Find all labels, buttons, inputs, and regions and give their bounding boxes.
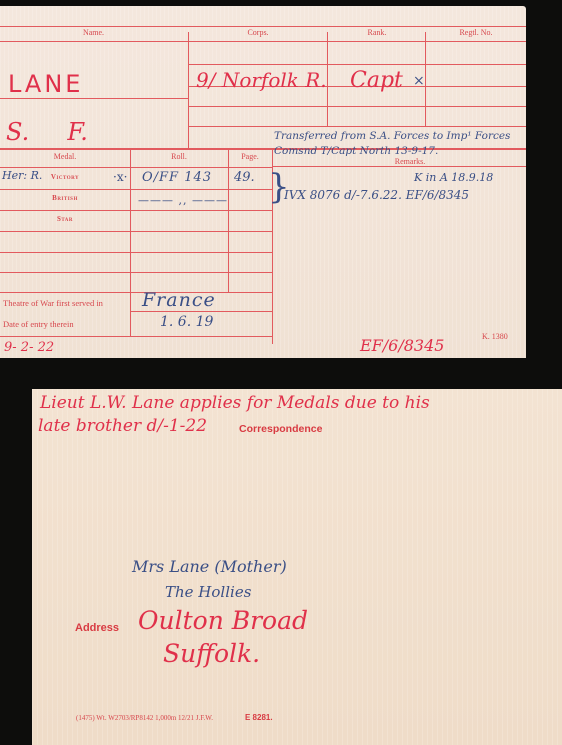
medal-mark: ·x· xyxy=(113,170,127,184)
medal-victory: Victory xyxy=(40,173,90,181)
transfer-note-line2: Comsnd T/Capt North 13-9-17. xyxy=(274,145,438,157)
date-entry-value: 1. 6. 19 xyxy=(160,314,213,330)
rule xyxy=(0,189,272,190)
theatre-label: Theatre of War first served in xyxy=(3,298,103,308)
medal-row-prefix: Her: R. xyxy=(2,169,42,182)
rule xyxy=(188,64,526,65)
header-rank: Rank. xyxy=(328,28,426,37)
remarks-reference: IVX 8076 d/-7.6.22. EF/6/8345 xyxy=(284,188,469,202)
date-entry-label: Date of entry therein xyxy=(3,319,74,329)
rule xyxy=(425,32,426,126)
correspondence-note-line2: late brother d/-1-22 xyxy=(38,416,207,436)
medal-index-card-back: Lieut L.W. Lane applies for Medals due t… xyxy=(32,389,562,745)
rule xyxy=(0,336,272,337)
rule xyxy=(188,106,526,107)
rule xyxy=(272,166,526,167)
correspondence-note-line1: Lieut L.W. Lane applies for Medals due t… xyxy=(40,393,430,413)
rank-value: Capt xyxy=(350,68,403,93)
rule xyxy=(0,231,272,232)
address-line-2: The Hollies xyxy=(165,583,251,601)
header-medal: Medal. xyxy=(0,152,130,161)
medal-index-card-front: Name. Corps. Rank. Regtl. No. LANE S. F.… xyxy=(0,6,526,358)
address-line-1: Mrs Lane (Mother) xyxy=(132,557,287,576)
correspondence-label: Correspondence xyxy=(239,423,322,435)
page-victory: 49. xyxy=(234,170,255,185)
print-footer-code: E 8281. xyxy=(245,713,273,722)
rule xyxy=(0,167,272,168)
header-page: Page. xyxy=(228,152,272,161)
header-roll: Roll. xyxy=(130,152,228,161)
header-corps: Corps. xyxy=(188,28,328,37)
rule xyxy=(327,32,328,126)
rule xyxy=(0,272,272,273)
rule xyxy=(228,148,229,292)
rule xyxy=(188,32,189,148)
rank-mark: × xyxy=(413,73,425,89)
remarks-kina: K in A 18.9.18 xyxy=(414,171,493,184)
transfer-note-line1: Transferred from S.A. Forces to Imp¹ For… xyxy=(274,130,510,142)
rule xyxy=(188,126,526,127)
medal-british: British xyxy=(40,194,90,202)
rule xyxy=(0,292,272,293)
header-name: Name. xyxy=(0,28,187,37)
bottom-reference: EF/6/8345 xyxy=(360,336,444,355)
surname: LANE xyxy=(8,70,83,98)
rule xyxy=(0,98,188,99)
rule xyxy=(0,252,272,253)
rule xyxy=(0,210,272,211)
address-line-3: Oulton Broad xyxy=(138,606,308,635)
theatre-value: France xyxy=(142,289,216,311)
roll-victory: O/FF 143 xyxy=(142,170,212,185)
print-footer: (1475) Wt. W2703/RP8142 1,000m 12/21 J.F… xyxy=(76,714,213,722)
form-number: K. 1380 xyxy=(482,332,508,341)
rule xyxy=(0,41,526,42)
rule xyxy=(0,148,526,150)
roll-british-ditto: ——— ,, ——— xyxy=(138,194,228,207)
corps-value: 9/ Norfolk R. xyxy=(196,68,327,92)
rule xyxy=(0,26,526,27)
header-remarks: Remarks. xyxy=(380,157,440,166)
medal-star: Star xyxy=(40,215,90,223)
header-regtl-no: Regtl. No. xyxy=(426,28,526,37)
rule xyxy=(130,148,131,336)
bottom-date: 9- 2- 22 xyxy=(4,340,54,355)
rule xyxy=(130,311,272,312)
initials: S. F. xyxy=(6,118,88,146)
address-label: Address xyxy=(75,622,119,634)
address-line-4: Suffolk. xyxy=(163,639,260,668)
